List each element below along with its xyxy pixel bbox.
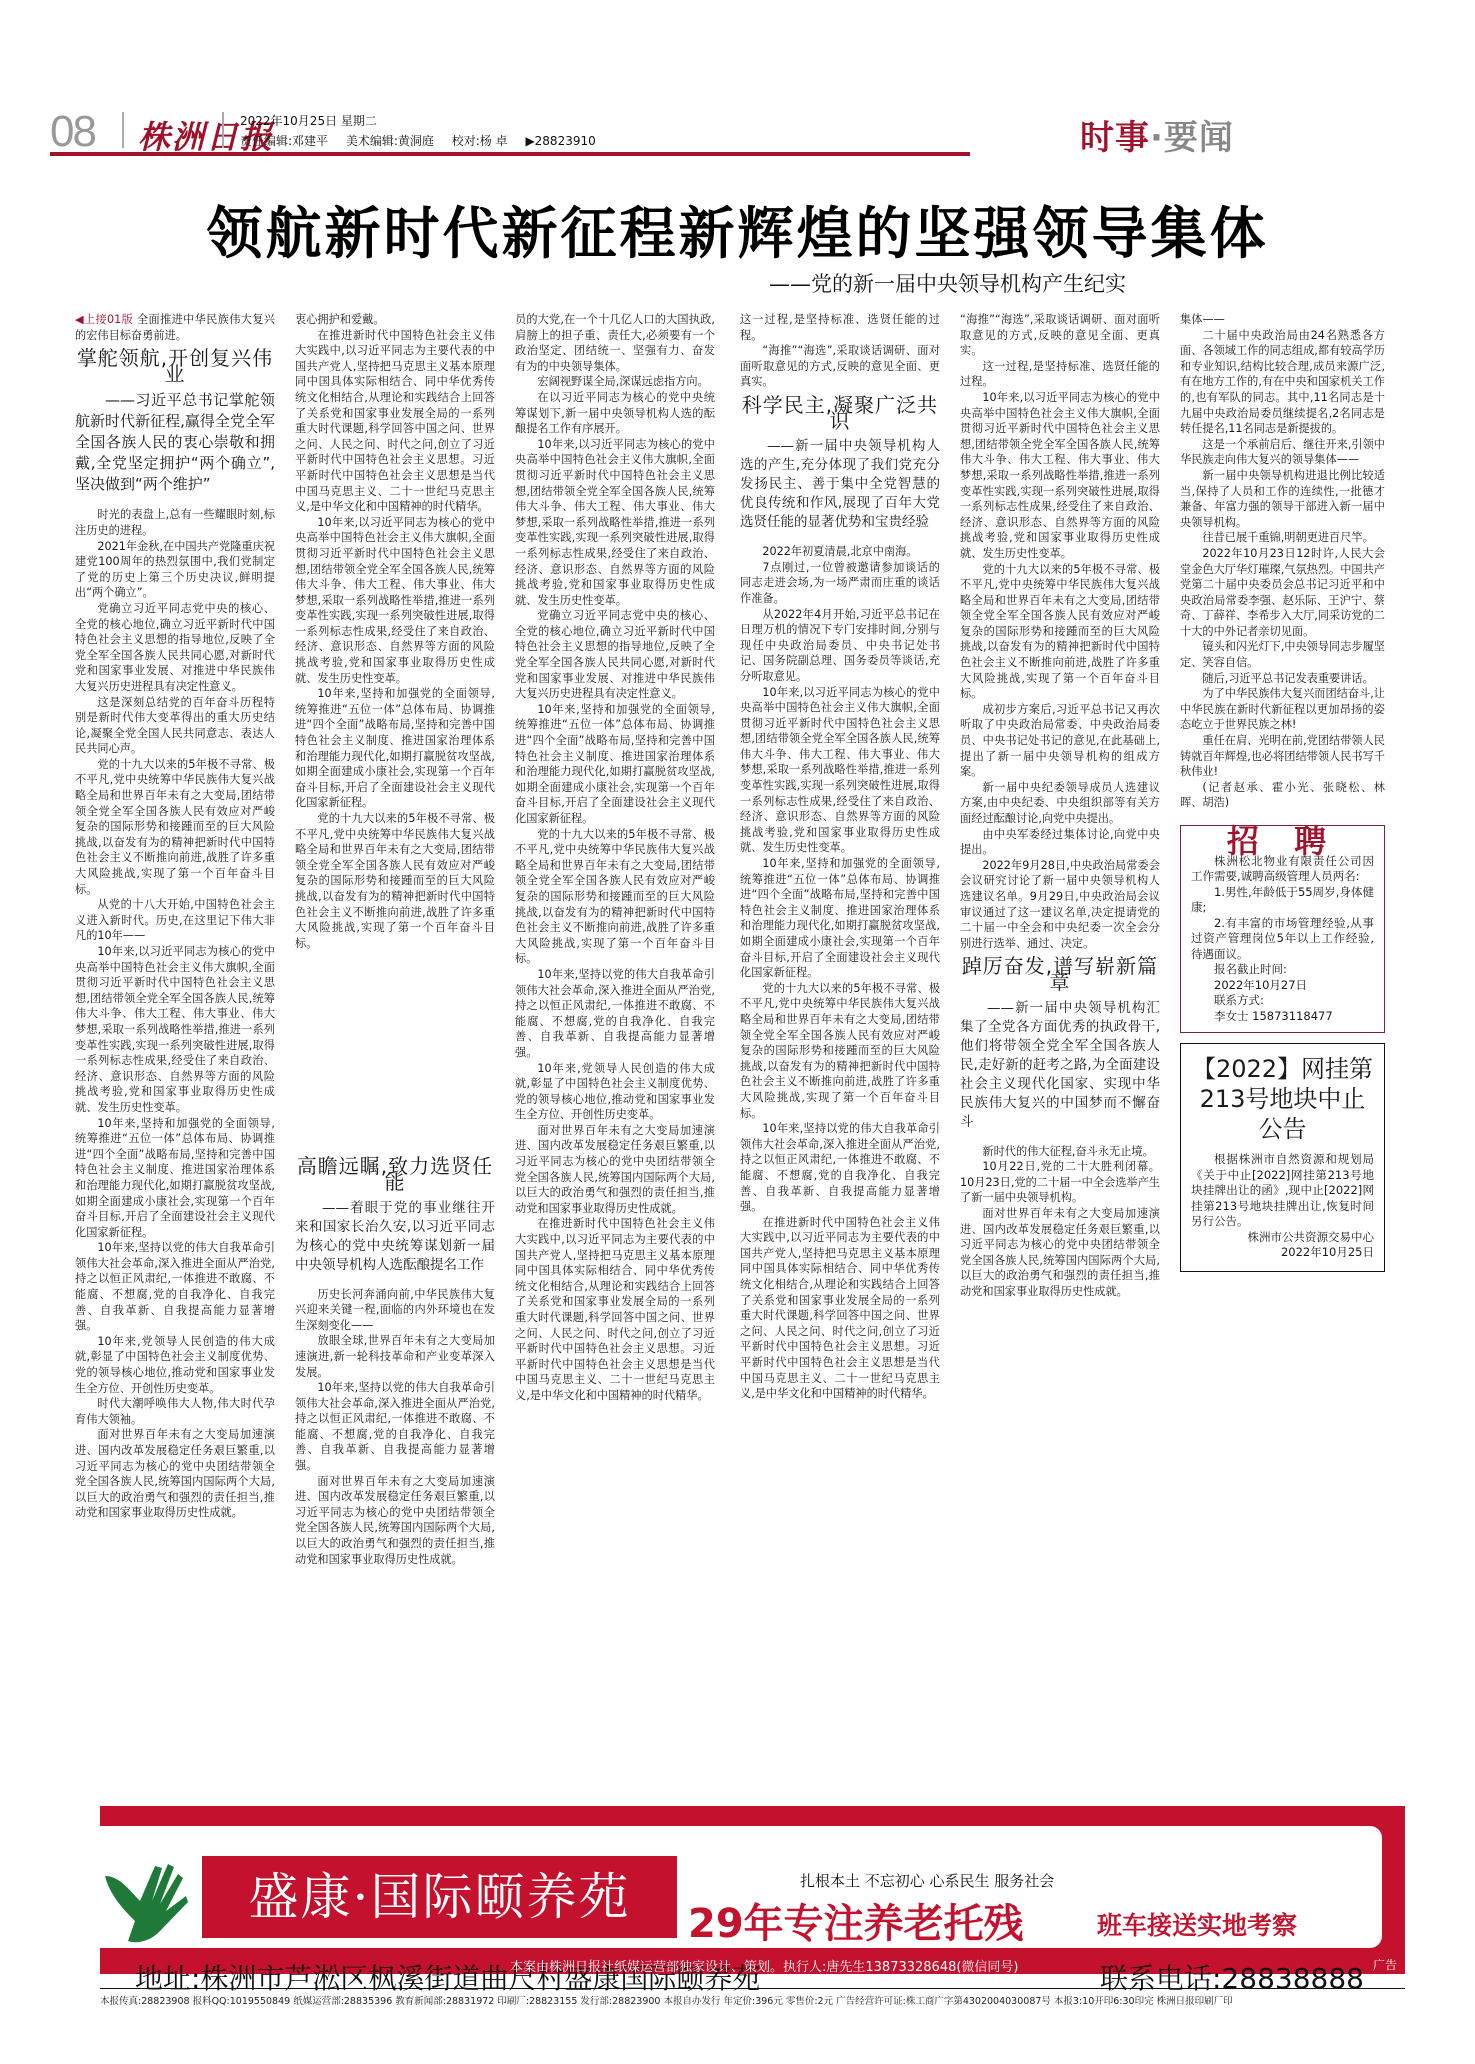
divider bbox=[122, 112, 124, 148]
recruitment-ad: 招 聘 株洲松北物业有限责任公司因工作需要,诚聘高级管理人员两名: 1.男性,年… bbox=[1180, 825, 1385, 1033]
page-number: 08 bbox=[50, 110, 95, 154]
editorial-credits: 责任编辑:邓建平 美术编辑:黄洞庭 校对:杨 卓 ▶28823910 bbox=[240, 132, 610, 149]
proofreader: 校对:杨 卓 bbox=[452, 134, 508, 148]
notice-title: 【2022】网挂第213号地块中止公告 bbox=[1191, 1054, 1374, 1144]
hand-dove-logo-icon bbox=[100, 1856, 190, 1946]
section-heading: 踔厉奋发,谱写崭新篇章 bbox=[960, 959, 1160, 990]
section-deck: ——新一届中央领导机构汇集了全党各方面优秀的执政骨干,他们将带领全党全军全国各族… bbox=[960, 999, 1160, 1132]
column-2: 衷心拥护和爱戴。 在推进新时代中国特色社会主义伟大实践中,以习近平同志为主要代表… bbox=[295, 312, 495, 1762]
recruitment-contact: 李女士 15873118477 bbox=[1191, 1009, 1374, 1025]
slogan: 扎根本土 不忘初心 心系民生 服务社会 bbox=[800, 1870, 1054, 1891]
byline: (记者赵承、霍小光、张晓松、林晖、胡浩) bbox=[1180, 780, 1385, 811]
art-editor: 美术编辑:黄洞庭 bbox=[346, 134, 434, 148]
footer-info: 本报传真:28823908 报料QQ:1019550849 纸媒运营部:2883… bbox=[100, 1993, 1420, 2007]
masthead: 08 株洲日报 2022年10月25日 星期二 责任编辑:邓建平 美术编辑:黄洞… bbox=[50, 108, 1475, 158]
column-3: 员的大党,在一个十几亿人口的大国执政,肩膀上的担子重、责任大,必须要有一个政治坚… bbox=[515, 312, 715, 1762]
section-label: 时事·要闻 bbox=[1080, 110, 1234, 159]
brand-name: 盛康·国际颐养苑 bbox=[202, 1856, 677, 1938]
article-body: ◀上接01版 全面推进中华民族伟大复兴的宏伟目标奋勇前进。 掌舵领航,开创复兴伟… bbox=[75, 312, 1405, 1762]
header-rule bbox=[50, 152, 970, 156]
ad-headline: 29年专注养老托残 bbox=[688, 1892, 1024, 1949]
notice-issuer: 株洲市公共资源交易中心 bbox=[1191, 1230, 1374, 1246]
section-deck: ——着眼于党的事业继往开来和国家长治久安,以习近平同志为核心的党中央统筹谋划新一… bbox=[295, 1199, 495, 1275]
ad-subheadline: 班车接送实地考察 bbox=[1097, 1906, 1297, 1942]
column-6: 集体—— 二十届中央政治局由24名熟悉各方面、各领域工作的同志组成,都有较高学历… bbox=[1180, 312, 1385, 1762]
banner-ad: 盛康·国际颐养苑 扎根本土 不忘初心 心系民生 服务社会 29年专注养老托残 班… bbox=[100, 1806, 1405, 1974]
divider bbox=[222, 112, 224, 148]
section-heading: 高瞻远瞩,致力选贤任能 bbox=[295, 1159, 495, 1190]
land-notice: 【2022】网挂第213号地块中止公告 根据株洲市自然资源和规划局《关于中止[2… bbox=[1180, 1043, 1385, 1272]
ad-credit: 本案由株洲日报社纸媒运营部独家设计、策划。执行人:唐先生13873328648(… bbox=[510, 1956, 1019, 1975]
section-deck: ——新一届中央领导机构人选的产生,充分体现了我们党充分发扬民主、善于集中全党智慧… bbox=[740, 437, 940, 532]
headline: 领航新时代新征程新辉煌的坚强领导集体 bbox=[0, 190, 1475, 270]
editor: 责任编辑:邓建平 bbox=[240, 134, 328, 148]
section-heading: 科学民主,凝聚广泛共识 bbox=[740, 398, 940, 429]
issue-date: 2022年10月25日 星期二 bbox=[240, 112, 377, 129]
ad-phone: 联系电话:28838888 bbox=[1100, 1957, 1364, 1997]
recruitment-title: 招 聘 bbox=[1191, 834, 1374, 850]
section-heading: 掌舵领航,开创复兴伟业 bbox=[75, 351, 275, 382]
column-4: 这一过程,是坚持标准、选贤任能的过程。 “海推”“海选”,采取谈话调研、面对面听… bbox=[740, 312, 940, 1762]
section-deck: ——习近平总书记掌舵领航新时代新征程,赢得全党全军全国各族人民的衷心崇敬和拥戴,… bbox=[75, 390, 275, 495]
notice-date: 2022年10月25日 bbox=[1191, 1245, 1374, 1261]
footer-rule bbox=[100, 1988, 1405, 1989]
continued-marker: ◀上接01版 bbox=[75, 313, 133, 326]
column-1: ◀上接01版 全面推进中华民族伟大复兴的宏伟目标奋勇前进。 掌舵领航,开创复兴伟… bbox=[75, 312, 275, 1762]
ad-tag: 广告 bbox=[1373, 1956, 1397, 1973]
column-5: “海推”“海选”,采取谈话调研、面对面听取意见的方式,反映的意见全面、更真实。 … bbox=[960, 312, 1160, 1762]
subheadline: ——党的新一届中央领导机构产生纪实 bbox=[0, 268, 1475, 298]
hotline: ▶28823910 bbox=[525, 134, 595, 148]
